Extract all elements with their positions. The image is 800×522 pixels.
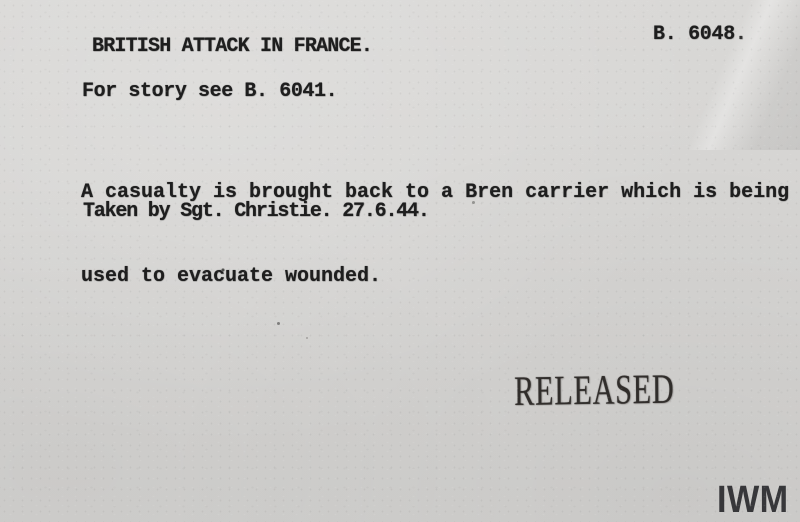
negative-number: B. 6048. (653, 21, 747, 49)
ink-speck (277, 322, 280, 325)
photographer-credit: Taken by Sgt. Christie. 27.6.44. (83, 198, 429, 226)
caption-line-2: used to evacuate wounded. (81, 263, 789, 291)
caption-text: A casualty is brought back to a Bren car… (81, 123, 789, 347)
document-title: BRITISH ATTACK IN FRANCE. (92, 33, 372, 61)
photo-caption-card: BRITISH ATTACK IN FRANCE. B. 6048. For s… (0, 0, 800, 522)
ink-speck (306, 337, 308, 339)
iwm-watermark: IWM (717, 481, 789, 519)
ink-speck (472, 201, 475, 204)
released-stamp: RELEASED (514, 369, 675, 413)
story-reference: For story see B. 6041. (82, 78, 337, 106)
ink-speck (221, 268, 225, 272)
